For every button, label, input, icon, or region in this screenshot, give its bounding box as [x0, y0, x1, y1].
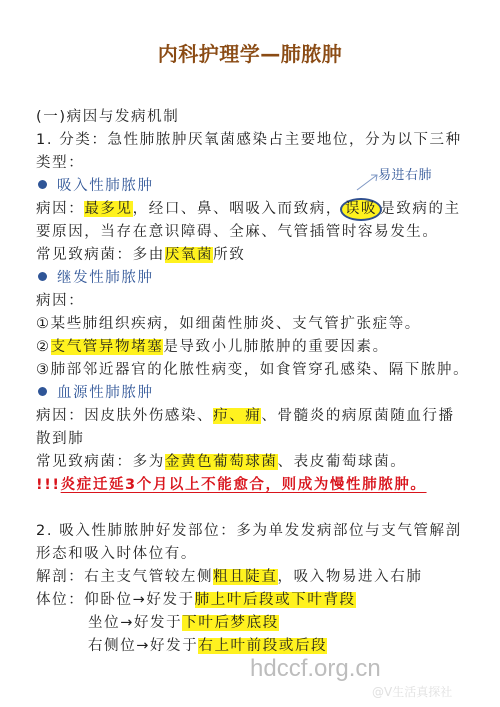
cause-end: 是致病的主 — [380, 201, 461, 217]
pathogen-pre: 常见致病菌：多为 — [36, 454, 165, 470]
chronic-warning: !!!炎症迁延3个月以上不能愈合，则成为慢性肺脓肿。 — [36, 474, 476, 497]
cause-mid: ，经口、鼻、咽吸入而致病， — [133, 201, 342, 217]
site-line-1: 2. 吸入性肺脓肿好发部位：多为单发发病部位与支气管解剖 — [36, 520, 476, 543]
cause-label: 病因： — [36, 201, 84, 217]
anatomy-line: 解剖：右主支气管较左侧粗且陡直，吸入物易进入右肺 — [36, 566, 476, 589]
position-label: 右侧位→好发于 — [88, 638, 198, 654]
highlight-most-common: 最多见 — [84, 201, 132, 217]
bullet-dot-icon — [38, 180, 47, 189]
inhalation-heading-text: 吸入性肺脓肿 — [57, 178, 154, 194]
inhalation-cause: 病因：最多见，经口、鼻、咽吸入而致病，误吸是致病的主 — [36, 198, 476, 221]
highlight-boils: 疖、痈 — [213, 408, 261, 424]
bullet-dot-icon — [38, 387, 47, 396]
highlight-staph-aureus: 金黄色葡萄球菌 — [165, 454, 278, 470]
highlight-thick-steep: 粗且陡直 — [213, 569, 277, 585]
position-label: 体位：仰卧位→好发于 — [36, 592, 195, 608]
pathogen-end: 所致 — [213, 247, 245, 263]
author-watermark: @V生活真探社 — [372, 683, 452, 700]
site-line-2: 形态和吸入时体位有。 — [36, 543, 476, 566]
classification-line-1: 1. 分类：急性肺脓肿厌氧菌感染占主要地位，分为以下三种 — [36, 129, 476, 152]
highlight-position-site: 右上叶前段或后段 — [198, 638, 327, 654]
secondary-item-1: ①某些肺组织疾病，如细菌性肺炎、支气管扩张症等。 — [36, 313, 476, 336]
hematogenous-heading-text: 血源性肺脓肿 — [57, 385, 154, 401]
secondary-heading: 继发性肺脓肿 — [36, 267, 476, 290]
hematogenous-heading: 血源性肺脓肿 — [36, 382, 476, 405]
secondary-cause-label: 病因： — [36, 290, 476, 313]
site-watermark: hdccf.org.cn — [250, 655, 381, 683]
position-label: 坐位→好发于 — [88, 615, 182, 631]
document-title: 内科护理学—肺脓肿 — [0, 38, 500, 67]
secondary-item-3: ③肺部邻近器官的化脓性病变，如食管穿孔感染、隔下脓肿。 — [36, 359, 476, 382]
bullet-dot-icon — [38, 272, 47, 281]
secondary-heading-text: 继发性肺脓肿 — [57, 270, 154, 286]
inhalation-cause-line-2: 要原因，当存在意识障碍、全麻、气管插管时容易发生。 — [36, 221, 476, 244]
position-supine: 体位：仰卧位→好发于肺上叶后段或下叶背段 — [36, 589, 476, 612]
highlight-foreign-body: 支气管异物堵塞 — [51, 339, 164, 355]
section-heading: (一)病因与发病机制 — [36, 106, 476, 129]
classification-line-2: 类型： — [36, 152, 476, 175]
inhalation-pathogen: 常见致病菌：多由厌氧菌所致 — [36, 244, 476, 267]
hematogenous-cause-line-2: 散到肺 — [36, 428, 476, 451]
position-sitting: 坐位→好发于下叶后梦底段 — [36, 612, 476, 635]
cause-pre: 病因：因皮肤外伤感染、 — [36, 408, 213, 424]
hematogenous-pathogen: 常见致病菌：多为金黄色葡萄球菌、表皮葡萄球菌。 — [36, 451, 476, 474]
item-2-prefix: ② — [36, 339, 51, 355]
secondary-item-2: ②支气管异物堵塞是导致小儿肺脓肿的重要因素。 — [36, 336, 476, 359]
circled-aspiration: 误吸 — [340, 198, 382, 221]
item-2-end: 是导致小儿肺脓肿的重要因素。 — [163, 339, 388, 355]
document-body: (一)病因与发病机制 1. 分类：急性肺脓肿厌氧菌感染占主要地位，分为以下三种 … — [36, 106, 476, 658]
warning-marks: !!! — [36, 477, 61, 493]
anatomy-pre: 解剖：右主支气管较左侧 — [36, 569, 213, 585]
pathogen-label: 常见致病菌：多由 — [36, 247, 165, 263]
highlight-position-site: 下叶后梦底段 — [182, 615, 279, 631]
inhalation-heading: 吸入性肺脓肿 — [36, 175, 476, 198]
warning-text: 炎症迁延3个月以上不能愈合，则成为慢性肺脓肿。 — [61, 477, 427, 493]
highlight-anaerobes: 厌氧菌 — [165, 247, 213, 263]
pathogen-end: 、表皮葡萄球菌。 — [278, 454, 407, 470]
spacer — [36, 497, 476, 520]
highlight-position-site: 肺上叶后段或下叶背段 — [195, 592, 356, 608]
anatomy-end: ，吸入物易进入右肺 — [278, 569, 423, 585]
cause-end: 、骨髓炎的病原菌随血行播 — [261, 408, 454, 424]
hematogenous-cause: 病因：因皮肤外伤感染、疖、痈、骨髓炎的病原菌随血行播 — [36, 405, 476, 428]
